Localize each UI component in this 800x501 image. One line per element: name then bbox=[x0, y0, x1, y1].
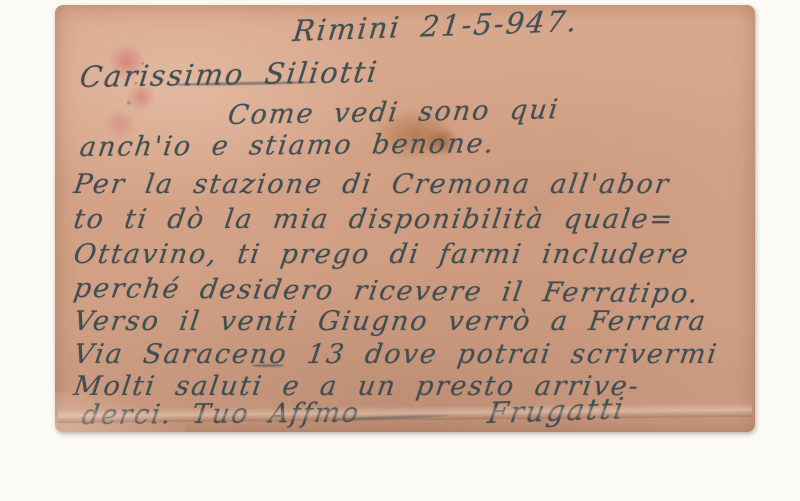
handwriting-line: Come vedi sono qui bbox=[226, 94, 561, 131]
handwriting-line: Per la stazione di Cremona all'abor bbox=[72, 169, 672, 200]
handwriting-line: Ottavino, ti prego di farmi includere bbox=[72, 239, 692, 270]
underline-13 bbox=[252, 364, 284, 367]
handwriting-line: anch'io e stiamo benone. bbox=[78, 128, 497, 163]
handwriting-line: to ti dò la mia disponibilità quale= bbox=[72, 204, 677, 235]
handwriting-line: Via Saraceno 13 dove potrai scrivermi bbox=[72, 339, 720, 370]
handwriting-line: Verso il venti Giugno verrò a Ferrara bbox=[72, 306, 709, 337]
handwriting-line: perché desidero ricevere il Ferratipo. bbox=[72, 273, 702, 309]
salutation-line: Carissimo Siliotti bbox=[78, 55, 381, 94]
scanner-background: Rimini 21-5-947. Carissimo Siliotti Come… bbox=[0, 0, 800, 501]
